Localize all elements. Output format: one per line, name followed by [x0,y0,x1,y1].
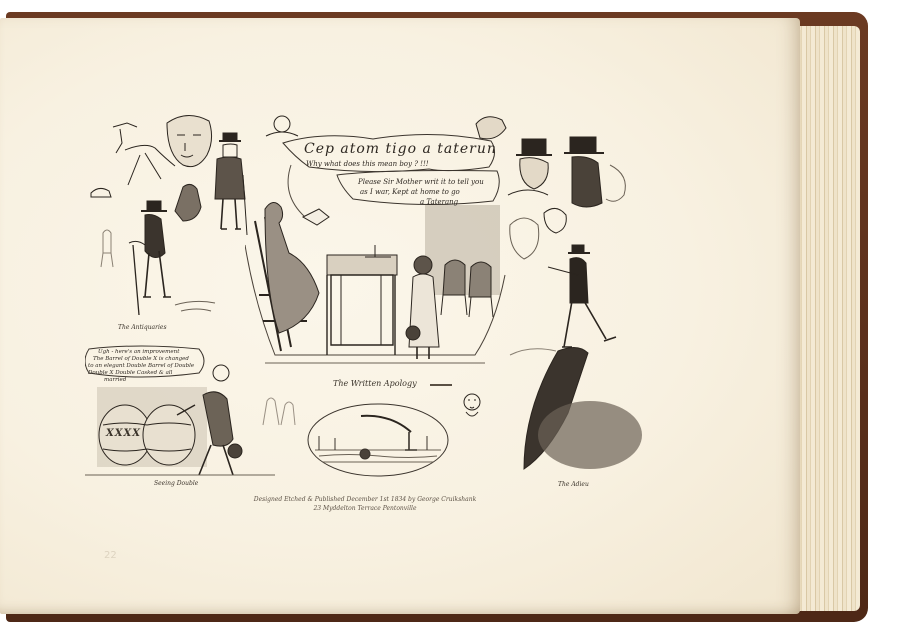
peeking-head-sketch [470,112,510,142]
doubles-speech-line2: The Barrel of Double X is changed [93,356,189,362]
pencil-page-number: 22 [104,550,117,561]
doubles-speech-line5: married [104,377,126,383]
seeing-double-caption: Seeing Double [154,480,198,487]
speech-title: Cep atom tigo a taterun [304,141,497,157]
doubles-speech-line4: Double X Double Casked & all [88,370,172,376]
speech-reply: Why what does this mean boy ? !!! [306,160,429,168]
doubles-speech-line1: Ugh - here's an improvement [98,349,179,355]
faint-figures-sketch [255,385,300,430]
child-note-line1: Please Sir Mother writ it to tell you [358,178,484,186]
imprint-line2: 23 Myddelton Terrace Pentonville [240,504,490,513]
seascape-vignette [305,400,451,480]
imprint-line1: Designed Etched & Published December 1st… [240,495,490,504]
caption-rule [430,384,452,386]
barrel-label: XXXX [106,428,141,439]
antiquaries-caption: The Antiquaries [118,324,167,331]
antiquaries-vignette [85,105,265,325]
doubles-speech-line3: to an elegant Double Barrel of Double [88,363,194,369]
written-apology-caption: The Written Apology [333,379,417,388]
child-note-line2: as I war, Kept at home to go [360,188,460,196]
small-face-sketch [460,390,484,420]
adieu-vignette [500,115,645,485]
child-note-line3: a Taterang [420,198,458,206]
publisher-imprint: Designed Etched & Published December 1st… [240,495,490,513]
adieu-caption: The Adieu [558,481,589,488]
small-head-sketch [262,112,302,140]
